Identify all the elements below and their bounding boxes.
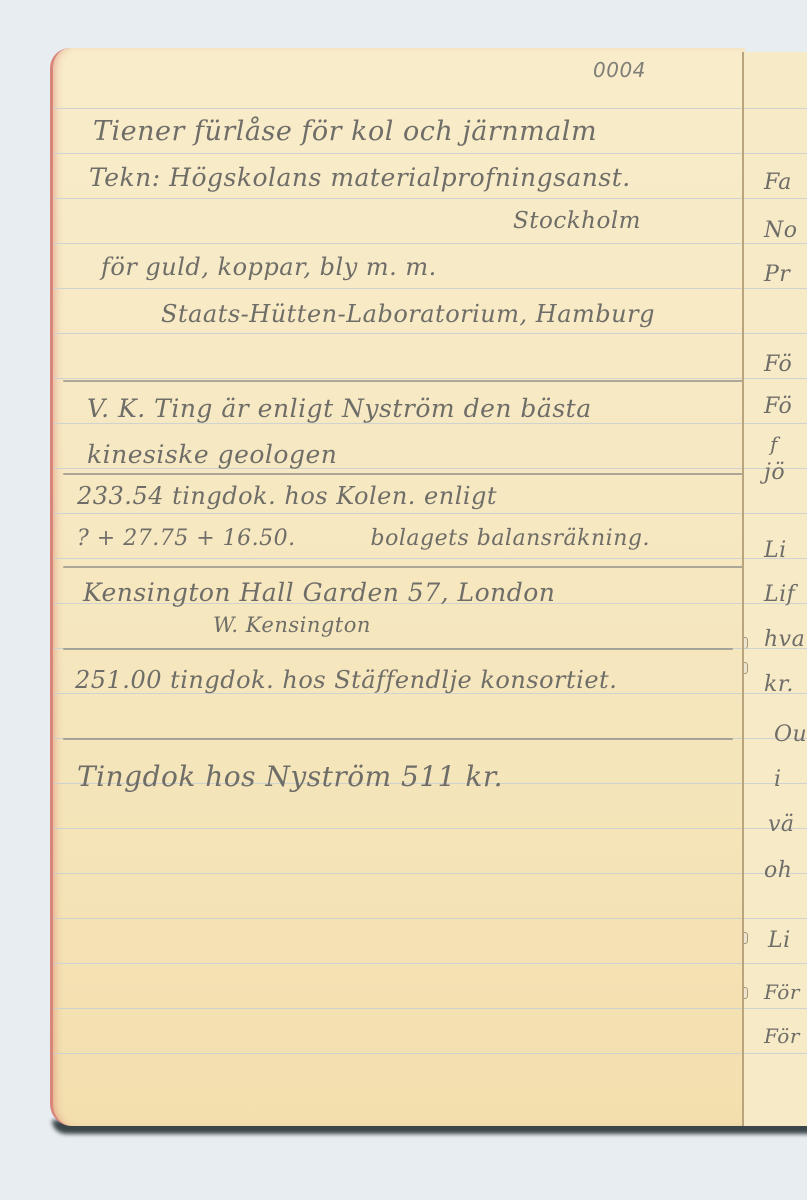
entry-line: Tekn: Högskolans materialprofningsanst. — [89, 163, 631, 192]
rule-line — [744, 108, 807, 109]
entry-line: Kensington Hall Garden 57, London — [83, 578, 555, 607]
entry-note: Stockholm — [513, 208, 641, 234]
rule-line — [744, 243, 807, 244]
fragment: hva — [764, 627, 805, 652]
entry-line: 233.54 tingdok. hos Kolen. enligt — [77, 482, 497, 510]
rule-line — [53, 1053, 745, 1054]
rule-line — [53, 963, 745, 964]
rule-line — [53, 378, 745, 379]
entry-line: Tiener fürlåse för kol och järnmalm — [93, 116, 597, 147]
fragment: f — [770, 432, 778, 456]
rule-line — [53, 243, 745, 244]
binding-stitch — [742, 987, 748, 999]
fragment: i — [774, 767, 782, 792]
rule-line — [744, 918, 807, 919]
rule-line — [744, 1053, 807, 1054]
rule-line — [744, 198, 807, 199]
fragment: Fa — [764, 170, 792, 195]
rule-line — [744, 288, 807, 289]
rule-line — [744, 153, 807, 154]
rule-line — [53, 513, 745, 514]
rule-line — [53, 288, 745, 289]
rule-line — [744, 423, 807, 424]
fragment: För — [764, 1024, 800, 1048]
entry-line: ? + 27.75 + 16.50. bolagets balansräknin… — [77, 526, 650, 551]
rule-line — [53, 558, 745, 559]
separator-line — [63, 648, 733, 650]
fragment: Li — [768, 928, 791, 953]
left-page: 0004 Tiener fürlåse för kol och järnmalm… — [50, 48, 745, 1126]
fragment: jö — [764, 460, 785, 485]
entry-line: 251.00 tingdok. hos Stäffendlje konsorti… — [75, 666, 617, 694]
rule-line — [53, 153, 745, 154]
fragment: Li — [764, 538, 787, 563]
separator-line — [63, 566, 743, 568]
page-number: 0004 — [593, 58, 646, 82]
rule-line — [53, 108, 745, 109]
rule-line — [744, 333, 807, 334]
entry-line: kinesiske geologen — [87, 440, 337, 469]
entry-line: för guld, koppar, bly m. m. — [101, 253, 437, 281]
fragment: Fö — [764, 352, 792, 377]
fragment: Lif — [764, 582, 795, 607]
binding-stitch — [742, 932, 748, 944]
rule-line — [53, 873, 745, 874]
fragment: kr. — [764, 672, 794, 697]
rule-line — [53, 828, 745, 829]
rule-line — [744, 963, 807, 964]
separator-line — [63, 738, 733, 740]
separator-line — [63, 473, 743, 475]
rule-line — [744, 513, 807, 514]
fragment: Pr — [764, 262, 790, 287]
separator-line — [63, 380, 743, 382]
fragment: No — [764, 218, 798, 243]
fragment: oh — [764, 858, 792, 883]
right-page: Fa No Pr Fö Fö f jö Li Lif hva kr. Ou i … — [742, 52, 807, 1126]
binding-stitch — [742, 662, 748, 674]
rule-line — [744, 378, 807, 379]
fragment: vä — [768, 812, 795, 837]
rule-line — [53, 333, 745, 334]
rule-line — [53, 423, 745, 424]
entry-line: W. Kensington — [213, 613, 371, 637]
rule-line — [53, 198, 745, 199]
fragment: Ou — [774, 722, 807, 747]
fragment: Fö — [764, 394, 792, 419]
rule-line — [744, 1008, 807, 1009]
entry-line: Staats-Hütten-Laboratorium, Hamburg — [161, 300, 655, 328]
rule-line — [53, 1008, 745, 1009]
fragment: För — [764, 980, 800, 1004]
entry-line: V. K. Ting är enligt Nyström den bästa — [87, 394, 592, 423]
rule-line — [53, 918, 745, 919]
entry-line: Tingdok hos Nyström 511 kr. — [77, 760, 503, 793]
